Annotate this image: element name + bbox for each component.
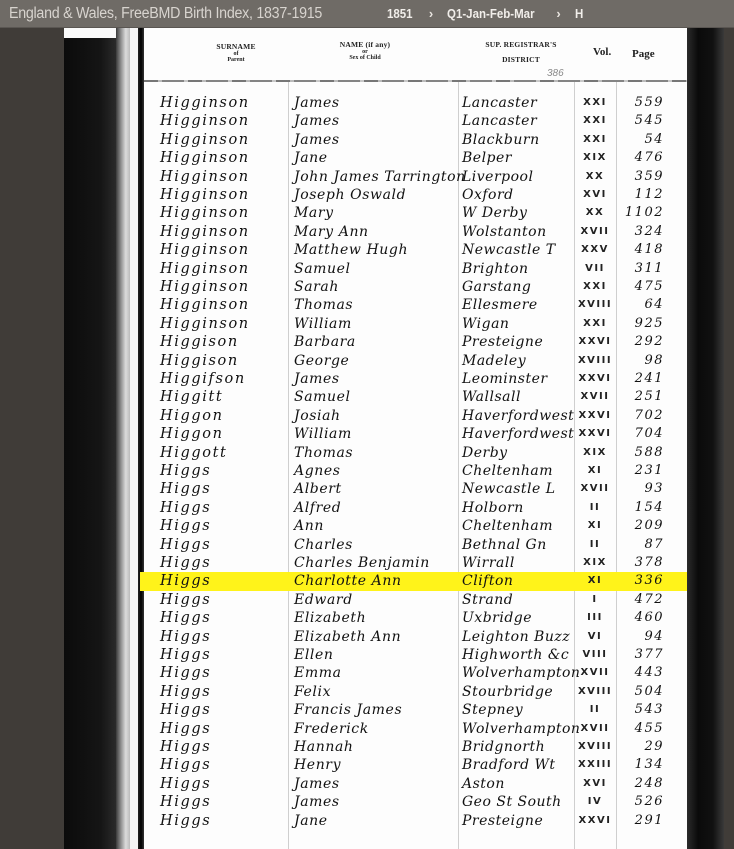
page-cell: 64 [620,296,664,314]
child-name-cell: James [294,370,340,388]
child-name-cell: William [294,315,352,333]
child-name-cell: Francis James [294,701,402,719]
district-cell: W Derby [462,204,527,222]
district-cell: Haverfordwest [462,407,574,425]
surname-cell: Higgs [160,720,211,738]
district-cell: Oxford [462,186,514,204]
child-name-cell: Elizabeth [294,609,366,627]
header-rule [144,80,687,82]
child-name-cell: Elizabeth Ann [294,628,401,646]
surname-cell: Higgs [160,536,211,554]
record-row: HiggottThomasDerbyXIX588 [144,444,687,462]
child-name-cell: Jane [294,149,328,167]
surname-cell: Higginson [160,204,250,222]
record-row: HigginsonJamesLancasterXXI559 [144,94,687,112]
record-row: HiggisonBarbaraPresteigneXXVI292 [144,333,687,351]
record-row: HiggsAnnCheltenhamXI209 [144,517,687,535]
child-name-cell: John James Tarrington [294,168,466,186]
district-cell: Leominster [462,370,548,388]
page-cell: 443 [620,664,664,682]
surname-cell: Higgs [160,554,211,572]
district-cell: Garstang [462,278,531,296]
page-cell: 154 [620,499,664,517]
surname-cell: Higgifson [160,370,246,388]
page-cell: 559 [620,94,664,112]
volume-cell: XXI [574,278,616,296]
header-surname-line1: SURNAME [196,42,276,51]
scan-gap [130,28,138,849]
district-cell: Lancaster [462,112,537,130]
volume-cell: I [574,591,616,609]
district-cell: Newcastle L [462,480,556,498]
volume-cell: XVII [574,720,616,738]
child-name-cell: George [294,352,349,370]
volume-cell: XXVI [574,333,616,351]
record-row: HiggifsonJamesLeominsterXXVI241 [144,370,687,388]
page-cell: 359 [620,168,664,186]
header-surname-line3: Parent [196,57,276,63]
page-cell: 418 [620,241,664,259]
volume-cell: III [574,609,616,627]
page-cell: 112 [620,186,664,204]
record-row: HiggsJamesGeo St SouthIV526 [144,793,687,811]
volume-cell: XX [574,168,616,186]
district-cell: Haverfordwest [462,425,574,443]
child-name-cell: Agnes [294,462,341,480]
record-row: HiggisonGeorgeMadeleyXVIII98 [144,352,687,370]
volume-cell: XI [574,517,616,535]
record-row: HiggsElizabethUxbridgeIII460 [144,609,687,627]
district-cell: Stepney [462,701,523,719]
child-name-cell: Matthew Hugh [294,241,408,259]
volume-cell: VIII [574,646,616,664]
child-name-cell: Edward [294,591,353,609]
volume-cell: II [574,536,616,554]
child-name-cell: William [294,425,352,443]
district-cell: Cheltenham [462,517,553,535]
surname-cell: Higginson [160,278,250,296]
volume-cell: XXV [574,241,616,259]
district-cell: Wigan [462,315,509,333]
surname-cell: Higgs [160,572,211,590]
header-surname: SURNAME of Parent [196,42,276,63]
child-name-cell: James [294,131,340,149]
surname-cell: Higgs [160,756,211,774]
record-row: HigginsonJoseph OswaldOxfordXVI112 [144,186,687,204]
district-cell: Ellesmere [462,296,538,314]
volume-cell: XXVI [574,370,616,388]
district-cell: Wolverhampton [462,664,580,682]
header-name: NAME (if any) or Sex of Child [310,40,420,61]
volume-cell: XIX [574,444,616,462]
district-cell: Bradford Wt [462,756,556,774]
record-row: HigginsonMatthew HughNewcastle TXXV418 [144,241,687,259]
district-cell: Presteigne [462,812,543,830]
surname-cell: Higgs [160,462,211,480]
child-name-cell: Felix [294,683,331,701]
surname-cell: Higgison [160,352,239,370]
page-cell: 324 [620,223,664,241]
chevron-right-icon: › [429,6,433,21]
page-cell: 292 [620,333,664,351]
surname-cell: Higginson [160,223,250,241]
page-cell: 231 [620,462,664,480]
district-cell: Wallsall [462,388,521,406]
child-name-cell: Henry [294,756,341,774]
district-cell: Newcastle T [462,241,556,259]
surname-cell: Higginson [160,186,250,204]
page-cell: 460 [620,609,664,627]
district-cell: Belper [462,149,512,167]
surname-cell: Higgs [160,812,211,830]
volume-cell: XXVI [574,407,616,425]
surname-cell: Higgs [160,793,211,811]
breadcrumb-letter: H [575,7,583,21]
child-name-cell: Charlotte Ann [294,572,402,590]
page-cell: 704 [620,425,664,443]
record-row: HiggsAgnesCheltenhamXI231 [144,462,687,480]
district-cell: Bridgnorth [462,738,545,756]
record-row: HiggsFelixStourbridgeXVIII504 [144,683,687,701]
highlighted-record-row: HiggsCharlotte AnnCliftonXI336 [140,572,700,590]
district-cell: Wolverhampton [462,720,580,738]
volume-cell: XXI [574,131,616,149]
scan-margin [64,28,116,38]
header-district-line1: SUP. REGISTRAR'S [466,40,576,49]
surname-cell: Higgs [160,591,211,609]
record-row: HiggsFrancis JamesStepneyII543 [144,701,687,719]
page-cell: 241 [620,370,664,388]
header-district: SUP. REGISTRAR'S DISTRICT [466,40,576,64]
collection-title[interactable]: England & Wales, FreeBMD Birth Index, 18… [9,5,357,23]
volume-cell: XXVI [574,812,616,830]
header-district-line2: DISTRICT [466,55,576,64]
scan-gutter [116,28,130,849]
record-row: HiggsEllenHighworth &cVIII377 [144,646,687,664]
surname-cell: Higgs [160,480,211,498]
child-name-cell: James [294,94,340,112]
child-name-cell: Joseph Oswald [294,186,406,204]
district-cell: Uxbridge [462,609,532,627]
district-cell: Wolstanton [462,223,547,241]
district-cell: Bethnal Gn [462,536,547,554]
page-cell: 588 [620,444,664,462]
record-row: HigginsonSarahGarstangXXI475 [144,278,687,296]
page-cell: 98 [620,352,664,370]
child-name-cell: Samuel [294,260,351,278]
page-cell: 209 [620,517,664,535]
page-cell: 378 [620,554,664,572]
volume-cell: XVII [574,480,616,498]
child-name-cell: Ellen [294,646,333,664]
record-row: HigginsonJamesLancasterXXI545 [144,112,687,130]
surname-cell: Higgs [160,628,211,646]
volume-cell: XVI [574,186,616,204]
volume-cell: VII [574,260,616,278]
record-row: HigginsonJaneBelperXIX476 [144,149,687,167]
register-scan-image[interactable]: SURNAME of Parent NAME (if any) or Sex o… [64,28,724,849]
surname-cell: Higgs [160,701,211,719]
child-name-cell: Sarah [294,278,339,296]
surname-cell: Higginson [160,168,250,186]
page-cell: 377 [620,646,664,664]
district-cell: Leighton Buzz [462,628,570,646]
child-name-cell: Mary Ann [294,223,369,241]
page-cell: 291 [620,812,664,830]
page-cell: 94 [620,628,664,646]
district-cell: Aston [462,775,505,793]
district-cell: Holborn [462,499,524,517]
record-row: HigginsonSamuelBrightonVII311 [144,260,687,278]
volume-cell: XVIII [574,738,616,756]
record-row: HiggsFrederickWolverhamptonXVII455 [144,720,687,738]
surname-cell: Higgon [160,407,224,425]
page-cell: 545 [620,112,664,130]
page-cell: 526 [620,793,664,811]
register-page: SURNAME of Parent NAME (if any) or Sex o… [144,28,687,849]
record-row: HigginsonJamesBlackburnXXI54 [144,131,687,149]
volume-cell: XX [574,204,616,222]
surname-cell: Higginson [160,94,250,112]
district-cell: Blackburn [462,131,540,149]
child-name-cell: Alfred [294,499,341,517]
volume-cell: XXI [574,315,616,333]
volume-cell: XVIII [574,296,616,314]
child-name-cell: Samuel [294,388,351,406]
district-cell: Geo St South [462,793,562,811]
image-viewer[interactable]: SURNAME of Parent NAME (if any) or Sex o… [0,28,734,849]
record-row: HiggsAlbertNewcastle LXVII93 [144,480,687,498]
page-cell: 472 [620,591,664,609]
child-name-cell: Josiah [294,407,341,425]
child-name-cell: Thomas [294,444,353,462]
record-row: HigginsonMary AnnWolstantonXVII324 [144,223,687,241]
district-cell: Brighton [462,260,529,278]
page-cell: 87 [620,536,664,554]
record-row: HiggittSamuelWallsallXVII251 [144,388,687,406]
record-row: HigginsonThomasEllesmereXVIII64 [144,296,687,314]
district-cell: Strand [462,591,513,609]
page-cell: 134 [620,756,664,774]
breadcrumb-year[interactable]: 1851 [387,7,413,21]
scan-dark-edge-right [687,28,724,849]
district-cell: Clifton [462,572,513,590]
header-name-line1: NAME (if any) [310,40,420,49]
child-name-cell: Frederick [294,720,369,738]
volume-cell: XVII [574,664,616,682]
surname-cell: Higginson [160,315,250,333]
surname-cell: Higgon [160,425,224,443]
surname-cell: Higgs [160,517,211,535]
page-cell: 702 [620,407,664,425]
record-row: HiggsCharles BenjaminWirrallXIX378 [144,554,687,572]
record-row: HigginsonMaryW DerbyXX1102 [144,204,687,222]
record-row: HigginsonWilliamWiganXXI925 [144,315,687,333]
surname-cell: Higgott [160,444,227,462]
volume-cell: VI [574,628,616,646]
header-name-line3: Sex of Child [310,55,420,61]
page-cell: 1102 [620,204,664,222]
surname-cell: Higgitt [160,388,223,406]
page-cell: 29 [620,738,664,756]
page-cell: 455 [620,720,664,738]
surname-cell: Higginson [160,131,250,149]
record-row: HiggsEdwardStrandI472 [144,591,687,609]
child-name-cell: James [294,112,340,130]
surname-cell: Higgs [160,664,211,682]
page-cell: 251 [620,388,664,406]
volume-cell: XVIII [574,683,616,701]
chevron-right-icon: › [556,6,560,21]
district-cell: Madeley [462,352,526,370]
district-cell: Stourbridge [462,683,553,701]
child-name-cell: Charles [294,536,353,554]
surname-cell: Higgs [160,609,211,627]
record-row: HiggonWilliamHaverfordwestXXVI704 [144,425,687,443]
district-cell: Lancaster [462,94,537,112]
page-cell: 54 [620,131,664,149]
scan-dark-edge-left [64,38,116,849]
volume-cell: XIX [574,554,616,572]
child-name-cell: James [294,793,340,811]
child-name-cell: Albert [294,480,342,498]
district-cell: Wirrall [462,554,515,572]
page-cell: 476 [620,149,664,167]
volume-cell: XXVI [574,425,616,443]
surname-cell: Higgs [160,738,211,756]
surname-cell: Higgs [160,775,211,793]
record-row: HiggsJamesAstonXVI248 [144,775,687,793]
record-row: HiggsEmmaWolverhamptonXVII443 [144,664,687,682]
page-cell: 311 [620,260,664,278]
district-cell: Cheltenham [462,462,553,480]
district-cell: Liverpool [462,168,533,186]
volume-cell: IV [574,793,616,811]
volume-cell: XVIII [574,352,616,370]
surname-cell: Higginson [160,296,250,314]
header-vol: Vol. [593,46,611,58]
surname-cell: Higginson [160,241,250,259]
record-row: HiggsCharlesBethnal GnII87 [144,536,687,554]
surname-cell: Higgs [160,683,211,701]
district-cell: Presteigne [462,333,543,351]
child-name-cell: Thomas [294,296,353,314]
page-cell: 543 [620,701,664,719]
page-cell: 475 [620,278,664,296]
record-row: HiggsElizabeth AnnLeighton BuzzVI94 [144,628,687,646]
record-row: HiggsHenryBradford WtXXIII134 [144,756,687,774]
child-name-cell: Ann [294,517,324,535]
surname-cell: Higgison [160,333,239,351]
top-bar: England & Wales, FreeBMD Birth Index, 18… [0,0,734,28]
volume-cell: XVII [574,223,616,241]
child-name-cell: Barbara [294,333,356,351]
volume-cell: XIX [574,149,616,167]
header-page: Page [632,48,655,60]
record-row: HigginsonJohn James TarringtonLiverpoolX… [144,168,687,186]
page-cell: 925 [620,315,664,333]
child-name-cell: James [294,775,340,793]
surname-cell: Higgs [160,499,211,517]
child-name-cell: Charles Benjamin [294,554,430,572]
child-name-cell: Hannah [294,738,354,756]
child-name-cell: Jane [294,812,328,830]
surname-cell: Higginson [160,260,250,278]
surname-cell: Higgs [160,646,211,664]
volume-cell: XI [574,462,616,480]
page-cell: 504 [620,683,664,701]
record-row: HiggsHannahBridgnorthXVIII29 [144,738,687,756]
volume-cell: II [574,499,616,517]
child-name-cell: Emma [294,664,342,682]
record-row: HiggsAlfredHolbornII154 [144,499,687,517]
volume-cell: II [574,701,616,719]
surname-cell: Higginson [160,112,250,130]
district-cell: Derby [462,444,508,462]
page-cell: 336 [620,572,664,590]
volume-cell: XXI [574,112,616,130]
district-cell: Highworth &c [462,646,569,664]
volume-cell: XI [574,572,616,590]
volume-cell: XVII [574,388,616,406]
volume-cell: XXIII [574,756,616,774]
pencil-annotation: 386 [547,68,564,79]
record-row: HiggonJosiahHaverfordwestXXVI702 [144,407,687,425]
breadcrumb-quarter[interactable]: Q1-Jan-Feb-Mar [447,7,535,21]
child-name-cell: Mary [294,204,334,222]
page-cell: 93 [620,480,664,498]
page-cell: 248 [620,775,664,793]
volume-cell: XXI [574,94,616,112]
record-row: HiggsJanePresteigneXXVI291 [144,812,687,830]
surname-cell: Higginson [160,149,250,167]
volume-cell: XVI [574,775,616,793]
